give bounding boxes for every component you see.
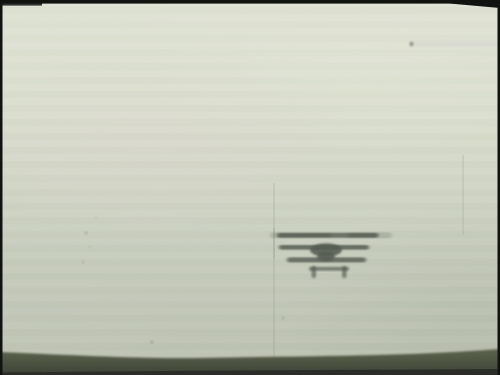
film-frame xyxy=(0,0,500,375)
film-grain-light xyxy=(0,0,500,375)
video-still xyxy=(0,0,500,375)
top-left-border-blob xyxy=(0,0,42,6)
scene-overlay xyxy=(0,0,500,375)
left-border xyxy=(0,0,3,375)
